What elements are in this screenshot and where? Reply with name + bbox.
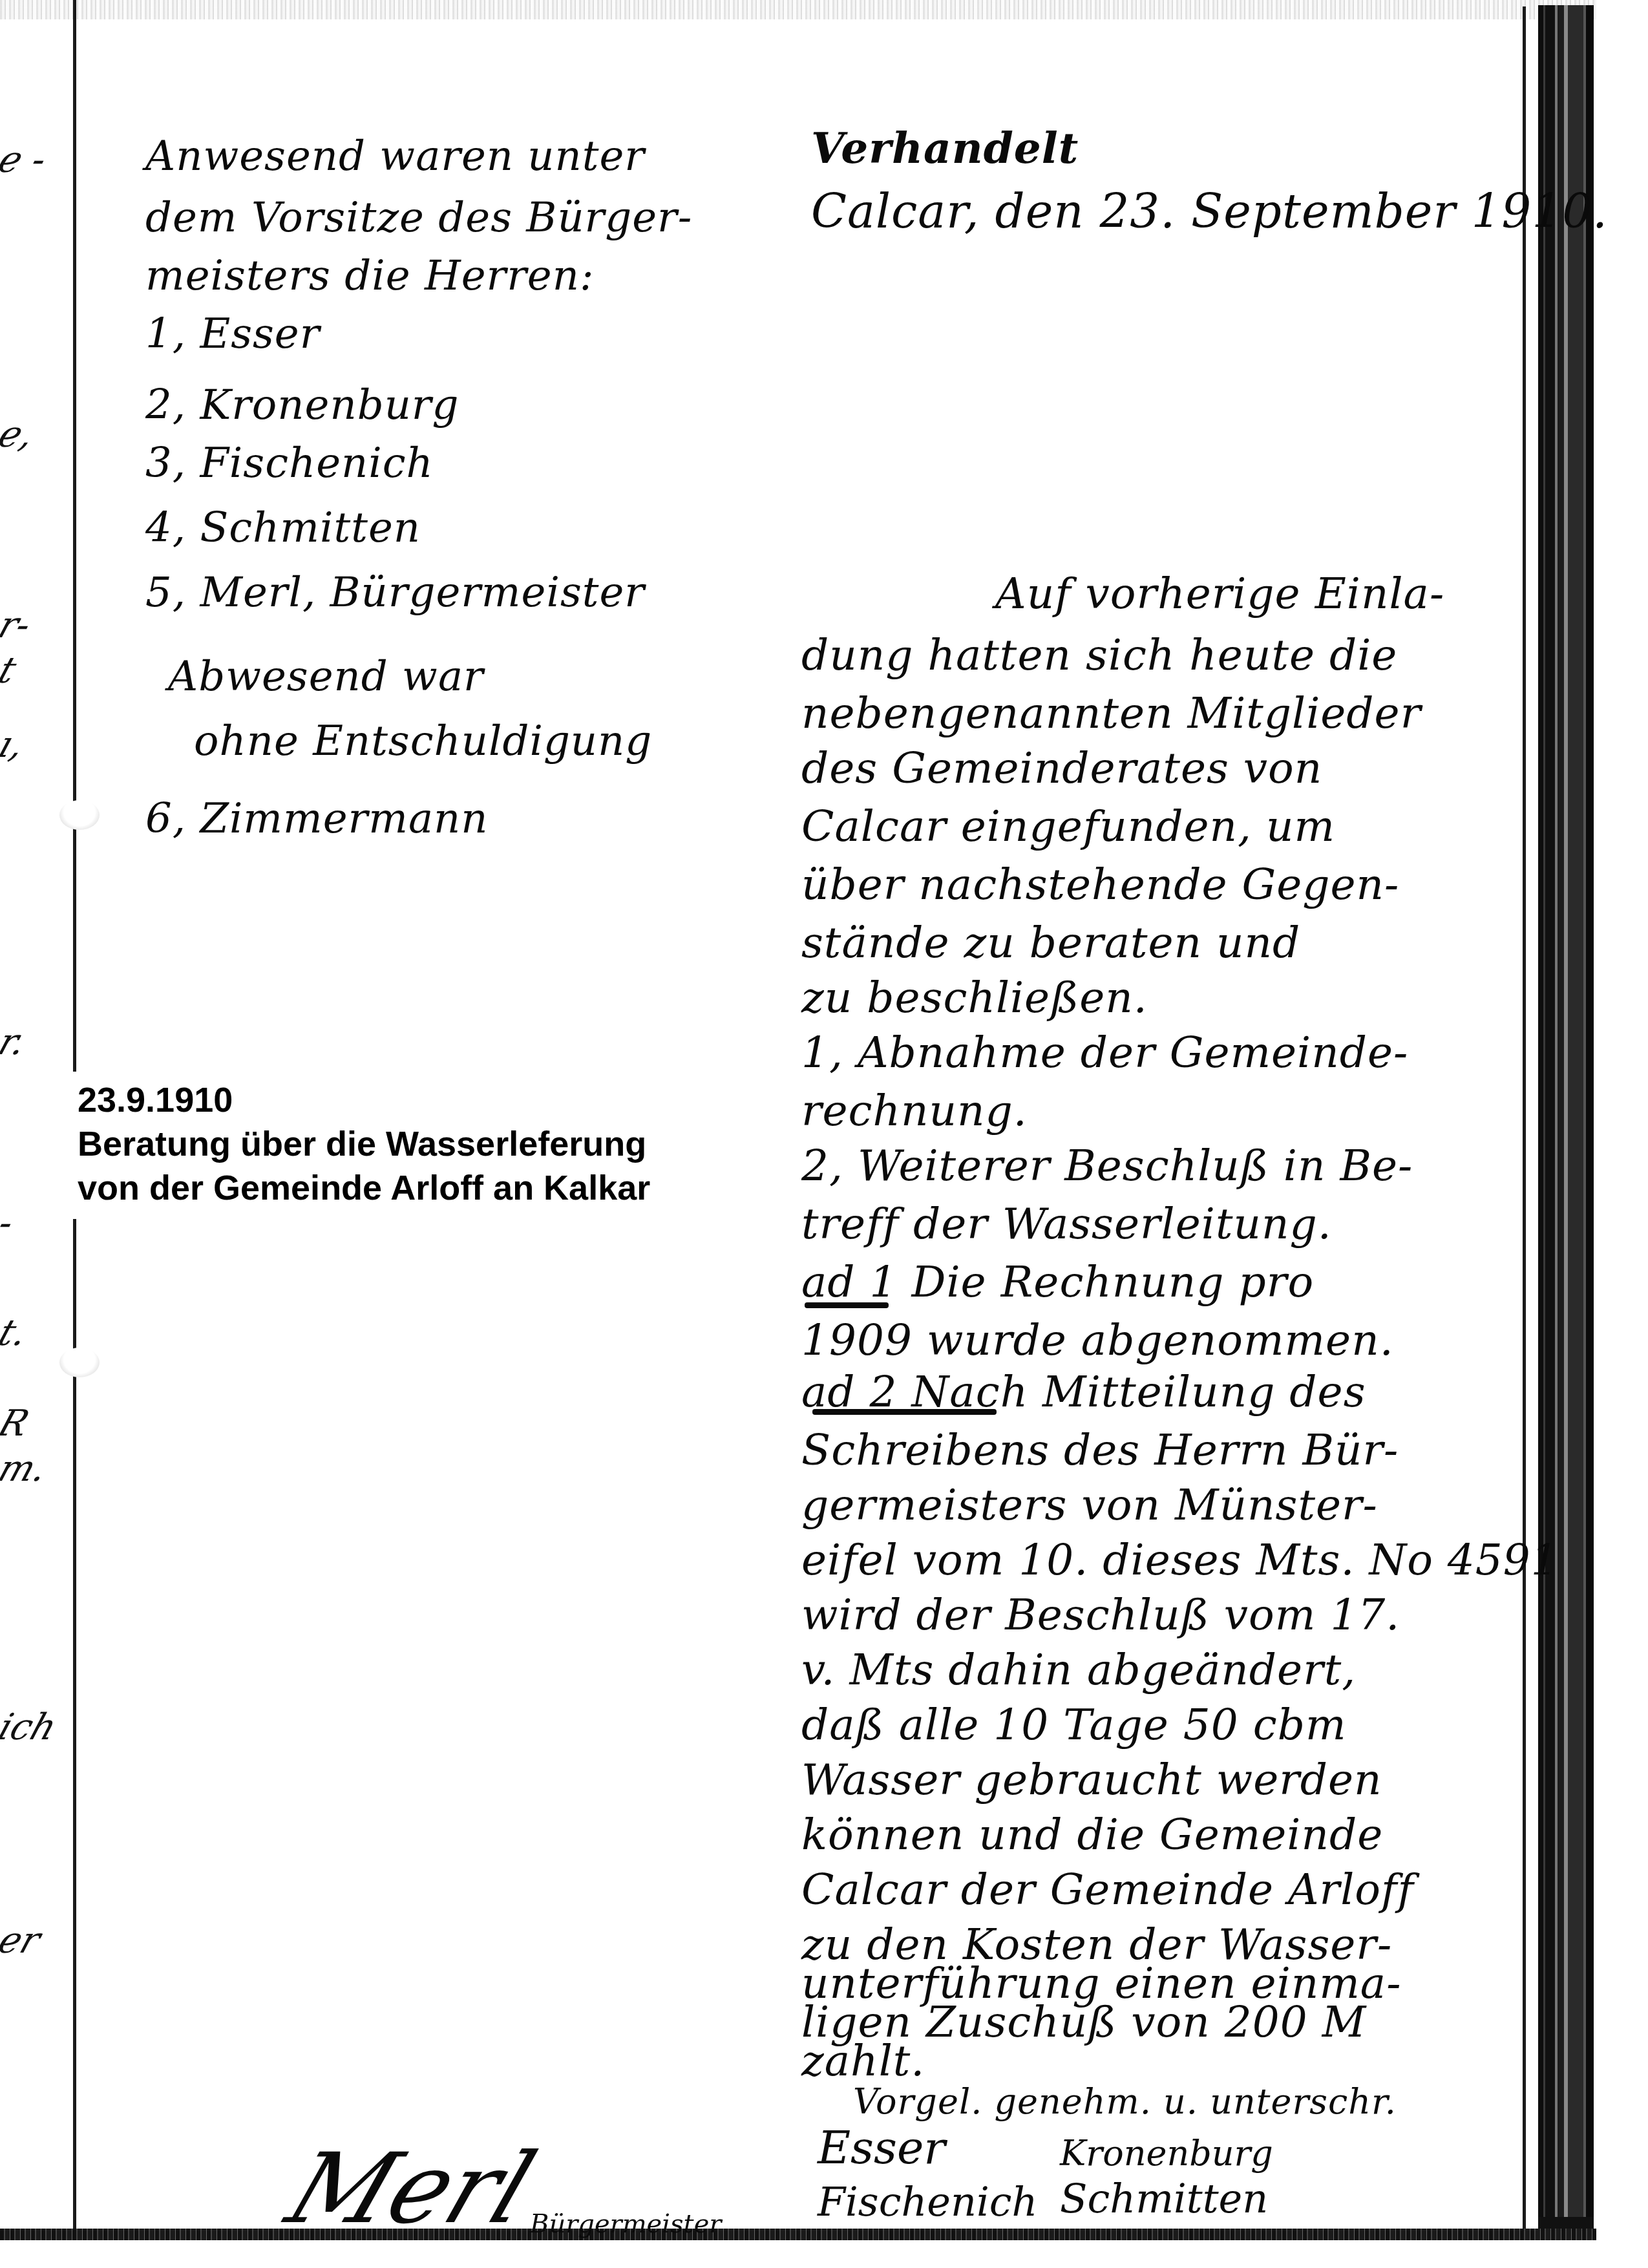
- body-line: Auf vorherige Einla-: [995, 569, 1444, 619]
- body-line: nebengenannten Mitglieder: [801, 688, 1421, 738]
- facing-page-bleed: -: [0, 1202, 19, 1244]
- facing-page-bleed: e -: [0, 139, 52, 181]
- member-number: 6,: [145, 795, 186, 843]
- facing-page-bleed: e,: [0, 414, 40, 456]
- signature-kronenburg: Kronenburg: [1060, 2133, 1273, 2174]
- member-name: Schmitten: [200, 504, 421, 552]
- signature-schmitten: Schmitten: [1060, 2175, 1268, 2222]
- scan-bottom-edge: [0, 2229, 1596, 2240]
- facing-page-bleed: ı,: [0, 724, 30, 766]
- book-spine: [1538, 5, 1594, 2235]
- member-number: 5,: [145, 569, 186, 617]
- ad1-underline: [805, 1302, 889, 1308]
- signature-mayor: Merl: [273, 2133, 548, 2245]
- resolution-text: Schreibens des Herrn Bür-: [801, 1425, 1399, 1475]
- member-entry: 5, Merl, Bürgermeister: [145, 569, 645, 617]
- resolution-text: Die Rechnung pro: [912, 1257, 1315, 1307]
- member-number: 1,: [145, 310, 186, 358]
- member-name: Kronenburg: [200, 381, 459, 429]
- body-line: stände zu beraten und: [801, 918, 1300, 968]
- resolution-text: zahlt.: [801, 2036, 925, 2086]
- member-entry: 4, Schmitten: [145, 504, 421, 552]
- body-line: Calcar eingefunden, um: [801, 801, 1335, 851]
- body-line: dung hatten sich heute die: [801, 630, 1397, 680]
- resolution-text: Calcar der Gemeinde Arloff: [801, 1865, 1414, 1914]
- absent-label: Abwesend war: [168, 653, 484, 701]
- member-name: Zimmermann: [200, 795, 488, 843]
- resolution-text: v. Mts dahin abgeändert,: [801, 1645, 1356, 1695]
- resolution-ad1: ad 1 Die Rechnung pro: [801, 1257, 1314, 1307]
- body-line: über nachstehende Gegen-: [801, 860, 1399, 909]
- agenda-item: rechnung.: [801, 1086, 1028, 1136]
- ad2-underline: [812, 1409, 997, 1415]
- resolution-label: ad 1: [801, 1257, 898, 1307]
- typed-annotation: 23.9.1910 Beratung über die Wasserleferu…: [70, 1072, 794, 1219]
- facing-page-bleed: r-: [0, 604, 36, 646]
- mayor-title: Bürgermeister: [530, 2209, 721, 2239]
- agenda-item: treff der Wasserleitung.: [801, 1199, 1332, 1249]
- facing-page-bleed: m.: [0, 1448, 52, 1490]
- intro-line: dem Vorsitze des Bürger-: [145, 194, 692, 242]
- facing-page-bleed: t.: [0, 1312, 33, 1354]
- facing-page-bleed: er: [0, 1920, 45, 1962]
- signature-esser: Esser: [818, 2121, 945, 2174]
- resolution-text: 1909 wurde abgenommen.: [801, 1315, 1394, 1365]
- intro-line: meisters die Herren:: [145, 252, 594, 300]
- header-verhandelt: Verhandelt: [811, 123, 1079, 173]
- member-name: Fischenich: [200, 440, 433, 487]
- resolution-text: können und die Gemeinde: [801, 1810, 1383, 1860]
- facing-page-bleed: t: [0, 650, 21, 692]
- punch-hole-icon: [59, 1348, 100, 1377]
- facing-page-bleed: r.: [0, 1021, 32, 1063]
- closing-formula: Vorgel. genehm. u. unterschr.: [853, 2081, 1397, 2122]
- member-number: 4,: [145, 504, 186, 552]
- member-name: Merl, Bürgermeister: [200, 569, 645, 617]
- member-entry: 2, Kronenburg: [145, 381, 459, 429]
- member-entry: 3, Fischenich: [145, 440, 434, 487]
- resolution-text: germeisters von Münster-: [801, 1480, 1378, 1530]
- resolution-text: eifel vom 10. dieses Mts. No 4591: [801, 1535, 1559, 1585]
- intro-line: Anwesend waren unter: [145, 132, 645, 180]
- signature-fischenich: Fischenich: [818, 2178, 1037, 2225]
- right-page-margin-line: [1523, 6, 1526, 2233]
- resolution-text: wird der Beschluß vom 17.: [801, 1590, 1400, 1640]
- annotation-title-line: Beratung über die Wasserleferung: [78, 1122, 788, 1166]
- facing-page-bleed: R: [0, 1403, 34, 1445]
- resolution-text: daß alle 10 Tage 50 cbm: [801, 1700, 1347, 1750]
- body-line: des Gemeinderates von: [801, 743, 1322, 793]
- header-place-date: Calcar, den 23. September 1910.: [811, 184, 1608, 238]
- member-name: Esser: [200, 310, 320, 358]
- body-line: zu beschließen.: [801, 973, 1148, 1023]
- punch-hole-icon: [59, 800, 100, 830]
- annotation-title-line: von der Gemeinde Arloff an Kalkar: [78, 1166, 788, 1210]
- member-entry: 1, Esser: [145, 310, 320, 358]
- member-number: 3,: [145, 440, 186, 487]
- facing-page-bleed: ich: [0, 1706, 62, 1748]
- agenda-item: 2, Weiterer Beschluß in Be-: [801, 1141, 1413, 1191]
- document-page: e - e, r- t ı, r. - t. R m. ich er Anwes…: [0, 0, 1648, 2268]
- absent-label: ohne Entschuldigung: [194, 717, 652, 765]
- scan-top-edge: [0, 0, 1596, 19]
- absent-member-entry: 6, Zimmermann: [145, 795, 488, 843]
- resolution-text: Wasser gebraucht werden: [801, 1755, 1382, 1805]
- annotation-date: 23.9.1910: [78, 1078, 788, 1122]
- agenda-item: 1, Abnahme der Gemeinde-: [801, 1028, 1408, 1077]
- member-number: 2,: [145, 381, 186, 429]
